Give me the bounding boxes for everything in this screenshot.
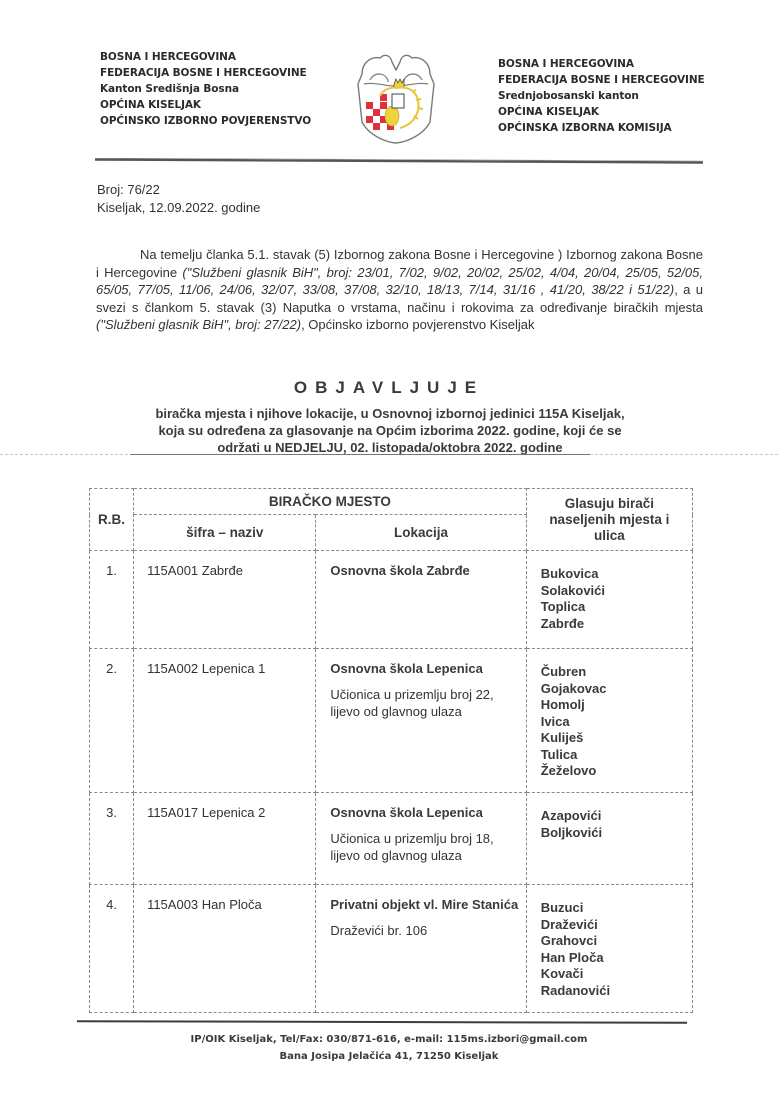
header-right-line: OPĆINA KISELJAK	[498, 104, 705, 120]
header-right-line: BOSNA I HERCEGOVINA	[498, 56, 705, 72]
header-rb: R.B.	[90, 489, 134, 551]
polling-stations-table: R.B. BIRAČKO MJESTO Glasuju birači nasel…	[89, 488, 693, 1013]
intro-text: , Općinsko izborno povjerenstvo Kiseljak	[301, 317, 534, 332]
location-name: Privatni objekt vl. Mire Stanića	[330, 897, 519, 913]
location-detail: Učionica u prizemlju broj 22, lijevo od …	[330, 686, 519, 720]
municipal-coat-of-arms-icon	[354, 52, 438, 144]
location-detail: Draževići br. 106	[330, 922, 519, 939]
settlement: Kovači	[541, 966, 692, 983]
settlement: Solakovići	[541, 583, 692, 600]
header-left-institution: BOSNA I HERCEGOVINA FEDERACIJA BOSNE I H…	[100, 49, 311, 129]
settlement: Grahovci	[541, 933, 692, 950]
header-voters: Glasuju birači naseljenih mjesta i ulica	[526, 489, 692, 551]
location-detail: Učionica u prizemlju broj 18, lijevo od …	[330, 830, 519, 864]
header-right-line: OPĆINSKA IZBORNA KOMISIJA	[498, 120, 705, 136]
settlement: Draževići	[541, 917, 692, 934]
header-left-line: BOSNA I HERCEGOVINA	[100, 49, 311, 65]
voter-settlements: Azapovići Boljkovići	[526, 793, 692, 885]
document-reference: Broj: 76/22 Kiseljak, 12.09.2022. godine	[97, 181, 260, 217]
table-row: 4. 115A003 Han Ploča Privatni objekt vl.…	[90, 885, 693, 1013]
location-name: Osnovna škola Lepenica	[330, 805, 519, 821]
row-number: 2.	[90, 649, 134, 793]
header-right-line: FEDERACIJA BOSNE I HERCEGOVINE	[498, 72, 705, 88]
intro-paragraph: Na temelju članka 5.1. stavak (5) Izborn…	[96, 246, 703, 334]
settlement: Boljkovići	[541, 825, 692, 842]
station-code-name: 115A002 Lepenica 1	[134, 649, 316, 793]
gazette-reference: ("Službeni glasnik BiH", broj: 23/01, 7/…	[96, 265, 703, 298]
subtitle-line: biračka mjesta i njihove lokacije, u Osn…	[120, 405, 660, 422]
settlement: Zabrđe	[541, 616, 692, 633]
voter-settlements: Buzuci Draževići Grahovci Han Ploča Kova…	[526, 885, 692, 1013]
settlement: Žeželovo	[541, 763, 692, 780]
settlement: Kuliješ	[541, 730, 692, 747]
settlement: Toplica	[541, 599, 692, 616]
settlement: Tulica	[541, 747, 692, 764]
header-left-line: OPĆINA KISELJAK	[100, 97, 311, 113]
voter-settlements: Čubren Gojakovac Homolj Ivica Kuliješ Tu…	[526, 649, 692, 793]
station-location: Osnovna škola Zabrđe	[316, 551, 526, 649]
settlement: Radanovići	[541, 983, 692, 1000]
station-location: Osnovna škola Lepenica Učionica u prizem…	[316, 793, 526, 885]
footer-contact: IP/OIK Kiseljak, Tel/Fax: 030/871-616, e…	[0, 1031, 778, 1065]
header-location: Lokacija	[316, 515, 526, 551]
gazette-reference: ("Službeni glasnik BiH", broj: 27/22)	[96, 317, 301, 332]
settlement: Buzuci	[541, 900, 692, 917]
header-left-line: OPĆINSKO IZBORNO POVJERENSTVO	[100, 113, 311, 129]
footer-contact-line: IP/OIK Kiseljak, Tel/Fax: 030/871-616, e…	[0, 1031, 778, 1048]
station-location: Osnovna škola Lepenica Učionica u prizem…	[316, 649, 526, 793]
settlement: Azapovići	[541, 808, 692, 825]
voter-settlements: Bukovica Solakovići Toplica Zabrđe	[526, 551, 692, 649]
settlement: Ivica	[541, 714, 692, 731]
header-left-line: FEDERACIJA BOSNE I HERCEGOVINE	[100, 65, 311, 81]
settlement: Han Ploča	[541, 950, 692, 967]
footer-divider	[77, 1020, 687, 1024]
table-row: 3. 115A017 Lepenica 2 Osnovna škola Lepe…	[90, 793, 693, 885]
subtitle-line: koja su određena za glasovanje na Općim …	[120, 422, 660, 439]
header-right-line: Srednjobosanski kanton	[498, 88, 705, 104]
document-subtitle: biračka mjesta i njihove lokacije, u Osn…	[120, 405, 660, 456]
settlement: Čubren	[541, 664, 692, 681]
location-name: Osnovna škola Lepenica	[330, 661, 519, 677]
station-code-name: 115A001 Zabrđe	[134, 551, 316, 649]
table-row: 1. 115A001 Zabrđe Osnovna škola Zabrđe B…	[90, 551, 693, 649]
header-left-line: Kanton Središnja Bosna	[100, 81, 311, 97]
row-number: 1.	[90, 551, 134, 649]
settlement: Bukovica	[541, 566, 692, 583]
row-number: 4.	[90, 885, 134, 1013]
settlement: Homolj	[541, 697, 692, 714]
station-code-name: 115A003 Han Ploča	[134, 885, 316, 1013]
location-name: Osnovna škola Zabrđe	[330, 563, 519, 579]
header-code-name: šifra – naziv	[134, 515, 316, 551]
header-right-institution: BOSNA I HERCEGOVINA FEDERACIJA BOSNE I H…	[498, 56, 705, 136]
document-place-date: Kiseljak, 12.09.2022. godine	[97, 199, 260, 217]
settlement: Gojakovac	[541, 681, 692, 698]
document-title: OBJAVLJUJE	[0, 378, 778, 398]
table-row: 2. 115A002 Lepenica 1 Osnovna škola Lepe…	[90, 649, 693, 793]
station-code-name: 115A017 Lepenica 2	[134, 793, 316, 885]
document-number: Broj: 76/22	[97, 181, 260, 199]
header-divider	[95, 158, 703, 164]
footer-address-line: Bana Josipa Jelačića 41, 71250 Kiseljak	[0, 1048, 778, 1065]
station-location: Privatni objekt vl. Mire Stanića Draževi…	[316, 885, 526, 1013]
row-number: 3.	[90, 793, 134, 885]
header-polling-station: BIRAČKO MJESTO	[134, 489, 527, 515]
strike-through-line	[130, 454, 590, 455]
